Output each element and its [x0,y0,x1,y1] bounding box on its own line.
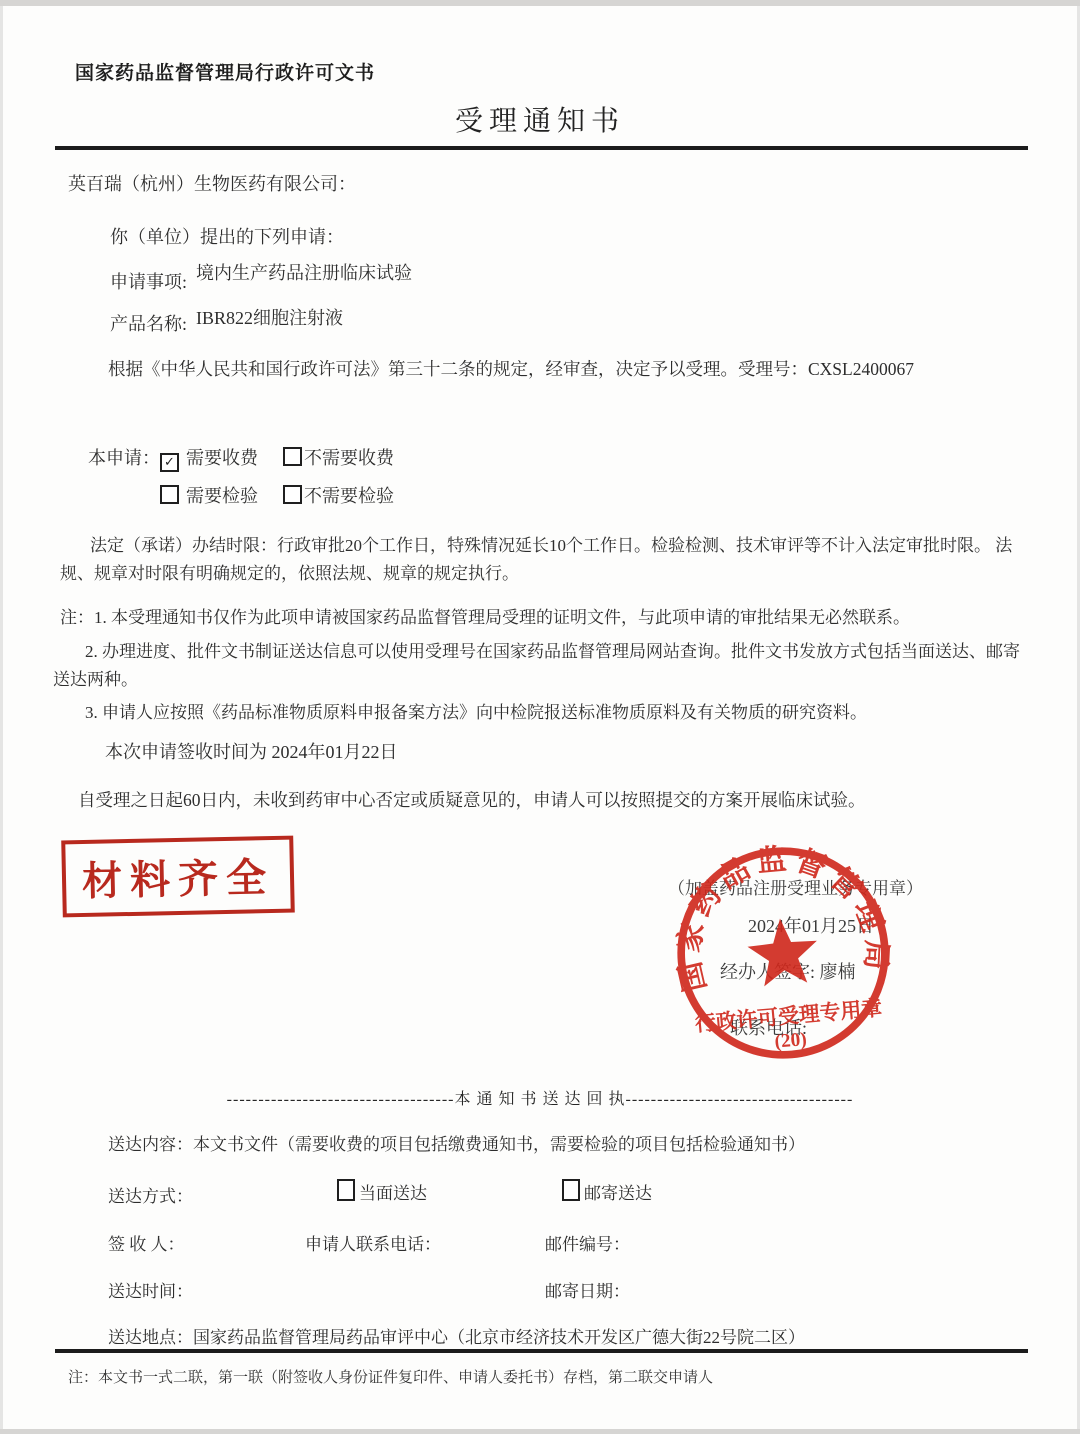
page-title: 受理通知书 [0,99,1080,139]
in-person-delivery-label: 当面送达 [359,1184,427,1203]
fee-not-required-label: 不需要收费 [304,448,394,468]
delivery-method-label: 送达方式： [108,1182,193,1207]
bottom-rule [55,1349,1028,1353]
document-header: 国家药品监督管理局行政许可文书 [75,58,375,85]
fee-not-required-checkbox [283,447,302,466]
fee-required-label: 需要收费 [186,448,258,468]
intro-line: 你（单位）提出的下列申请： [110,223,344,249]
inspection-not-required-checkbox [283,485,302,504]
recipient-line: 英百瑞（杭州）生物医药有限公司： [68,170,356,196]
mail-delivery-label: 邮寄送达 [584,1184,652,1203]
in-person-delivery-checkbox [337,1179,355,1201]
fee-required-checkbox-checked: ✓ [160,453,179,472]
mail-date-label: 邮寄日期： [545,1277,630,1302]
product-name-value: IBR822细胞注射液 [196,304,343,330]
inspection-required-label: 需要检验 [186,486,258,506]
scan-edge-bottom [0,1429,1080,1434]
note-item-1: 注：1. 本受理通知书仅作为此项申请被国家药品监督管理局受理的证明文件，与此项申… [60,604,1030,632]
sign-time-line: 本次申请签收时间为 2024年01月22日 [105,738,398,764]
application-checkbox-label: 本申请： [88,444,160,470]
product-name-label: 产品名称: [110,310,187,336]
apply-item-label: 申请事项: [110,268,187,294]
note-item-2: 2. 办理进度、批件文书制证送达信息可以使用受理号在国家药品监督管理局网站查询。… [53,638,1030,693]
document-page: 国家药品监督管理局行政许可文书 受理通知书 英百瑞（杭州）生物医药有限公司： 你… [0,0,1080,1434]
inspection-required-checkbox [160,485,179,504]
mail-delivery-checkbox [562,1179,580,1201]
footer-note: 注：本文书一式二联，第一联（附签收人身份证件复印件、申请人委托书）存档，第二联交… [68,1366,713,1387]
seal-star-icon [745,915,820,987]
title-rule [55,146,1028,150]
mail-number-label: 邮件编号： [545,1230,630,1255]
scan-edge-top [0,0,1080,6]
applicant-phone-label: 申请人联系电话： [305,1230,441,1255]
seal-number-text: (20) [774,1029,808,1053]
apply-item-value: 境内生产药品注册临床试验 [196,259,412,285]
official-seal: 国家药品监督管理局 行政许可受理专用章 (20) [662,832,905,1075]
inspection-not-required-label: 不需要检验 [304,486,394,506]
receipt-divider: ------------------------------------本 通 … [0,1086,1080,1109]
note-item-3: 3. 申请人应按照《药品标准物质原料申报备案方法》向中检院报送标准物质原料及有关… [53,699,1030,727]
deadline-paragraph: 法定（承诺）办结时限：行政审批20个工作日，特殊情况延长10个工作日。检验检测、… [60,532,1028,587]
signer-label: 签 收 人： [108,1230,185,1255]
delivery-content-line: 送达内容：本文书文件（需要收费的项目包括缴费通知书，需要检验的项目包括检验通知书… [108,1130,805,1155]
acceptance-statement: 根据《中华人民共和国行政许可法》第三十二条的规定，经审查，决定予以受理。受理号：… [108,356,914,381]
delivery-time-label: 送达时间： [108,1277,193,1302]
materials-complete-stamp: 材料齐全 [61,836,295,918]
clinical-trial-line: 自受理之日起60日内，未收到药审中心否定或质疑意见的，申请人可以按照提交的方案开… [78,787,866,812]
delivery-location-line: 送达地点：国家药品监督管理局药品审评中心（北京市经济技术开发区广德大街22号院二… [108,1323,805,1348]
scan-edge-left [0,0,3,1434]
